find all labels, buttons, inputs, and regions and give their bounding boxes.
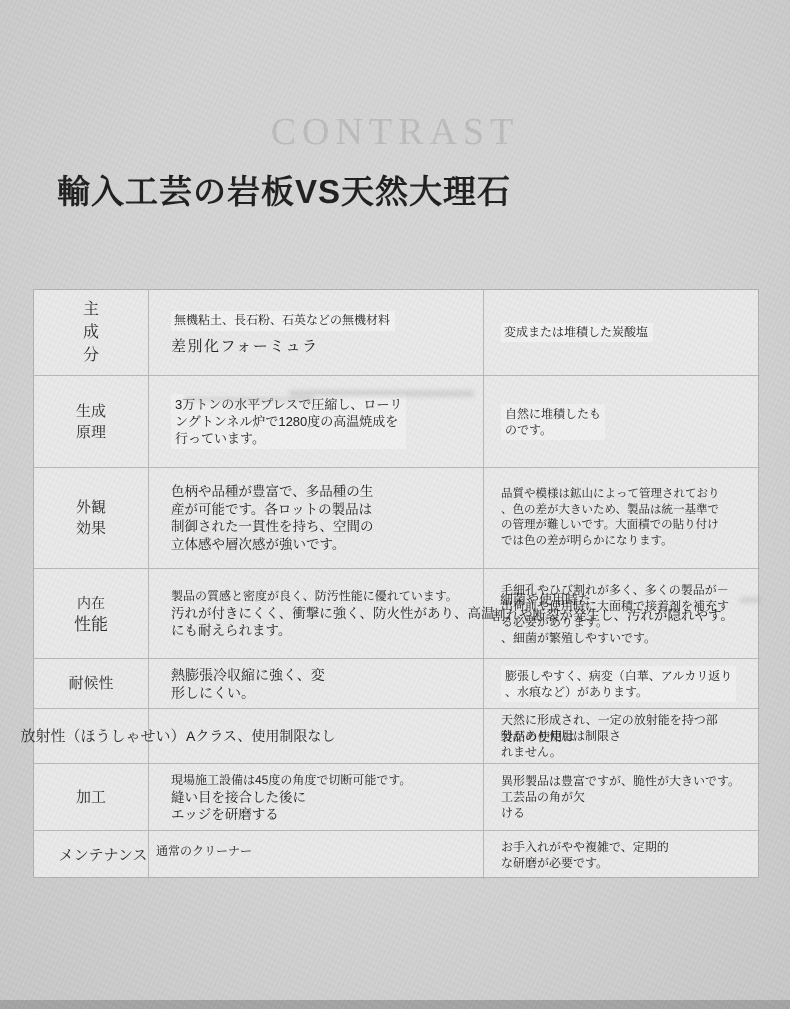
cell-text: ける [501,805,752,821]
cell-text: お手入れがやや複雑で、定期的 [501,839,752,855]
glitch-overlay-text: 製品の使用は [500,729,575,745]
cell-text: 工芸品の角が欠 [501,789,752,805]
label-line: 生成 [76,401,106,422]
label-line: 耐候性 [68,673,113,694]
cell-text: 色柄や品種が豊富で、多品種の生 [171,483,475,501]
cell-text: Aクラス、使用制限なし [186,728,475,745]
cell-text: エッジを研磨する [171,806,475,823]
poster-canvas: CONTRAST 輸入工芸の岩板VS天然大理石 主 成 分 無機粘土、長石粉、石… [0,0,790,1009]
cell-text: ングトンネル炉で1280度の高温焼成を [175,413,402,430]
cell-slab-performance: 製品の質感と密度が良く、防汚性能に優れています。 汚れが付きにくく、衝撃に強く、… [149,569,484,659]
cell-text: 形しにくい。 [171,684,475,702]
cell-slab-weather: 熱膨張冷収縮に強く、変 形しにくい。 [149,659,484,709]
label-line: 加工 [76,787,106,808]
cell-marble-appearance: 品質や模様は鉱山によって管理されており 、色の差が大きいため、製品は統一基準で … [484,468,760,569]
cell-text: な研磨が必要です。 [501,855,752,871]
cell-text: 膨張しやすく、病変（白華、アルカリ返り [505,668,732,684]
cell-slab-processing: 現場施工設備は45度の角度で切断可能です。 縫い目を接合した後に エッジを研磨す… [149,764,484,831]
cell-text: の管理が難しいです。大面積での貼り付け [501,518,752,534]
cell-text: 変成または堆積した炭酸塩 [501,323,653,342]
comparison-table: 主 成 分 無機粘土、長石粉、石英などの無機材料 差別化フォーミュラ 変成または… [33,289,759,878]
row-label-radioactivity: 放射性（ほうしゃせい） [34,709,149,764]
label-line: 外観 [76,497,106,518]
bottom-edge-strip [0,1000,790,1009]
label-line: メンテナンス [59,845,148,866]
cell-marble-performance: 毛細孔やひび割れが多く、多くの製品が－ 出荷前や使用時に大面積で接着剤を補充す … [484,569,760,659]
label-line: 内在 [77,593,105,614]
cell-text: 自然に堆積したも [505,406,601,422]
cell-marble-main-component: 変成または堆積した炭酸塩 [484,290,760,376]
cell-slab-main-component: 無機粘土、長石粉、石英などの無機材料 差別化フォーミュラ [149,290,484,376]
watermark-text: CONTRAST [0,110,790,154]
cell-text: 行っています。 [175,430,402,447]
cell-text: 、色の差が大きいため、製品は統一基準で [501,503,752,519]
cell-text: 無機粘土、長石粉、石英などの無機材料 [171,311,395,331]
row-label-processing: 加工 [34,764,149,831]
cell-text: 立体感や層次感が強いです。 [171,536,475,554]
cell-marble-formation: 自然に堆積したも のです。 [484,376,760,468]
cell-text: 産が可能です。各ロットの製品は [171,501,475,519]
cell-text: 汚れが付きにくく、衝撃に強く、防火性があり、高温 [171,605,475,622]
cell-slab-radioactivity: Aクラス、使用制限なし [149,709,484,764]
cell-slab-formation: 3万トンの水平プレスで圧縮し、ローリ ングトンネル炉で1280度の高温焼成を 行… [149,376,484,468]
row-label-formation-principle: 生成 原理 [34,376,149,468]
label-char: 成 [83,321,99,344]
cell-text: のです。 [505,422,601,438]
cell-text: 、細菌が繁殖しやすいです。 [501,630,752,646]
cell-text: 異形製品は豊富ですが、脆性が大きいです。 [501,773,752,789]
cell-text: 3万トンの水平プレスで圧縮し、ローリ [175,396,402,413]
label-char: 主 [83,298,99,321]
cell-marble-processing: 異形製品は豊富ですが、脆性が大きいです。 工芸品の角が欠 ける [484,764,760,831]
cell-text: 品質や模様は鉱山によって管理されており [501,487,752,503]
row-label-intrinsic-performance: 内在 性能 [34,569,149,659]
row-label-main-component: 主 成 分 [34,290,149,376]
page-title: 輸入工芸の岩板VS天然大理石 [57,166,511,213]
cell-marble-maintenance: お手入れがやや複雑で、定期的 な研磨が必要です。 [484,831,760,879]
cell-text: 差別化フォーミュラ [171,338,475,355]
row-label-appearance: 外観 効果 [34,468,149,569]
row-label-weather-resistance: 耐候性 [34,659,149,709]
cell-text: 現場施工設備は45度の角度で切断可能です。 [171,772,475,789]
cell-text: れません。 [501,744,752,760]
cell-slab-maintenance: 通常のクリーナー [149,831,484,879]
cell-text: にも耐えられます。 [171,622,475,639]
cell-text: 熱膨張冷収縮に強く、変 [171,666,475,684]
cell-text: 縫い目を接合した後に [171,789,475,806]
label-line: 性能 [74,614,108,635]
label-line: 原理 [76,422,106,443]
cell-text: 通常のクリーナー [156,843,475,860]
cell-text: 制御された一貫性を持ち、空間の [171,518,475,536]
cell-text: では色の差が明らかになります。 [501,534,752,550]
cell-marble-weather: 膨張しやすく、病変（白華、アルカリ返り 、水痕など）があります。 [484,659,760,709]
cell-marble-radioactivity: 天然に形成され、一定の放射能を持つ部 分があり使用は制限さ れません。 製品の使… [484,709,760,764]
label-line: 放射性（ほうしゃせい） [21,726,186,747]
label-char: 分 [83,344,99,367]
cell-slab-appearance: 色柄や品種が豊富で、多品種の生 産が可能です。各ロットの製品は 制御された一貫性… [149,468,484,569]
cell-text: 天然に形成され、一定の放射能を持つ部 [501,712,752,728]
glitch-overlay-text: 割れや断裂が発生し、汚れが隠れやす。 [492,608,734,624]
cell-text: 製品の質感と密度が良く、防汚性能に優れています。 [171,588,475,605]
row-label-maintenance: メンテナンス [34,831,149,879]
label-line: 効果 [76,518,106,539]
glitch-overlay-text: 細菌や使用時た [500,592,591,608]
cell-text: 、水痕など）があります。 [505,684,732,700]
